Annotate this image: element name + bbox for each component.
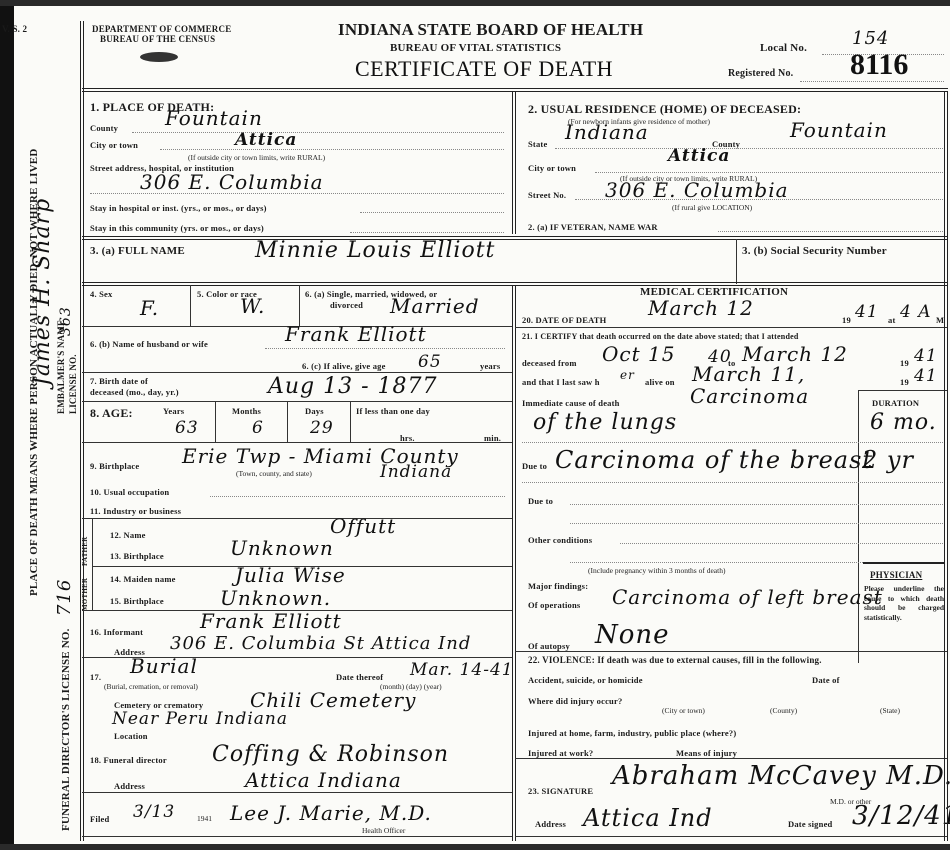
res-state-label: State: [528, 139, 547, 149]
certificate-title: CERTIFICATE OF DEATH: [355, 56, 613, 82]
other-conditions-label: Other conditions: [528, 535, 592, 545]
spouse-age-label: 6. (c) If alive, give age: [302, 361, 386, 371]
county-label: County: [90, 123, 118, 133]
state-note: (State): [880, 706, 900, 715]
race: W.: [240, 294, 265, 318]
due-to-label-2: Due to: [528, 496, 553, 506]
city-label: City or town: [90, 140, 138, 150]
health-officer-label: Health Officer: [362, 826, 405, 835]
age-years-label: Years: [163, 406, 184, 416]
less-day-label: If less than one day: [356, 406, 430, 416]
last-saw-year: 41: [914, 366, 938, 386]
age-days: 29: [310, 418, 334, 438]
scan-edge: [0, 6, 14, 844]
res-state: Indiana: [565, 120, 649, 144]
full-name: Minnie Louis Elliott: [255, 238, 495, 263]
injury-means-label: Means of injury: [676, 748, 737, 758]
bureau-title: BUREAU OF VITAL STATISTICS: [390, 42, 561, 54]
funeral-director-label: 18. Funeral director: [90, 755, 167, 765]
fd-license-label: FUNERAL DIRECTOR'S LICENSE NO.: [60, 628, 72, 831]
birthplace-label: 9. Birthplace: [90, 461, 139, 471]
res-street-label: Street No.: [528, 190, 566, 200]
age-years: 63: [175, 418, 199, 438]
autopsy-label: Of autopsy: [528, 641, 570, 651]
res-city: Attica: [668, 146, 730, 166]
father-birthplace-label: 13. Birthplace: [110, 551, 164, 561]
age-months: 6: [252, 418, 264, 438]
autopsy: None: [595, 620, 670, 650]
occupation-label: 10. Usual occupation: [90, 487, 169, 497]
birthplace-note: (Town, county, and state): [236, 469, 312, 478]
mother-birthplace-label: 15. Birthplace: [110, 596, 164, 606]
marital-status: Married: [390, 294, 480, 318]
immediate-cause-2: of the lungs: [533, 410, 677, 435]
from-date: Oct 15: [602, 342, 675, 366]
border-right: [944, 91, 948, 841]
form-code: V. S. 2: [2, 24, 27, 34]
age-days-label: Days: [305, 406, 324, 416]
informant-label: 16. Informant: [90, 627, 143, 637]
registered-no-label: Registered No.: [728, 68, 793, 79]
death-certificate: V. S. 2 PLACE OF DEATH MEANS WHERE PERSO…: [0, 6, 950, 844]
informant-address: 306 E. Columbia St Attica Ind: [170, 633, 471, 654]
signature-label: 23. SIGNATURE: [528, 786, 593, 796]
father-name-label: 12. Name: [110, 530, 146, 540]
funeral-director: Coffing & Robinson: [212, 742, 449, 767]
death-county: Fountain: [165, 106, 263, 130]
signature: Abraham McCavey M.D.: [612, 761, 950, 791]
mother-maiden: Julia Wise: [235, 563, 346, 587]
death-city: Attica: [235, 130, 297, 150]
disposition-method: Burial: [130, 654, 198, 678]
mother-maiden-label: 14. Maiden name: [110, 574, 176, 584]
pregnancy-note: (Include pregnancy within 3 months of de…: [588, 566, 725, 575]
city-note: (City or town): [662, 706, 705, 715]
last-saw-date: March 11,: [692, 362, 805, 386]
embalmer-license: 363: [58, 306, 74, 336]
border-left: [80, 21, 84, 841]
disposition-date-label: Date thereof: [336, 672, 383, 682]
signature-address-label: Address: [535, 819, 566, 829]
res-street-note: (If rural give LOCATION): [672, 203, 752, 212]
violence-type-label: Accident, suicide, or homicide: [528, 675, 643, 685]
injury-work-label: Injured at work?: [528, 748, 593, 758]
from-label: deceased from: [522, 358, 577, 368]
veteran-label: 2. (a) IF VETERAN, NAME WAR: [528, 222, 658, 232]
local-no-label: Local No.: [760, 42, 807, 54]
to-year: 41: [914, 346, 938, 366]
dept-line2: BUREAU OF THE CENSUS: [100, 34, 215, 44]
board-title: INDIANA STATE BOARD OF HEALTH: [338, 20, 643, 40]
birth-label-1: 7. Birth date of: [90, 376, 148, 386]
immediate-cause: Carcinoma: [690, 384, 809, 408]
where-injury-label: Where did injury occur?: [528, 696, 622, 706]
sex: F.: [140, 296, 159, 320]
sex-label: 4. Sex: [90, 289, 112, 299]
dod: March 12: [648, 296, 754, 320]
last-saw-year-prefix: 19: [900, 377, 909, 387]
major-findings-label: Major findings:: [528, 581, 588, 591]
stay-comm-label: Stay in this community (yrs. or mos., or…: [90, 223, 264, 233]
birth-label-2: deceased (mo., day, yr.): [90, 387, 179, 397]
duration-2: 2 yr: [862, 446, 914, 474]
residence-heading: 2. USUAL RESIDENCE (HOME) OF DECEASED:: [528, 102, 801, 117]
res-city-label: City or town: [528, 163, 576, 173]
to-year-prefix: 19: [900, 358, 909, 368]
father-name: Offutt: [330, 514, 396, 538]
embalmer-name: James H. Sharp: [30, 198, 55, 386]
res-county: Fountain: [790, 118, 888, 142]
injury-place-label: Injured at home, farm, industry, public …: [528, 728, 736, 738]
marital-label-2: divorced: [330, 300, 363, 310]
duration-label: DURATION: [872, 398, 919, 408]
death-street: 306 E. Columbia: [140, 170, 324, 194]
full-name-label: 3. (a) FULL NAME: [90, 245, 185, 257]
fd-address-label: Address: [114, 781, 145, 791]
violence-date-label: Date of: [812, 675, 840, 685]
date-signed: 3/12/41: [852, 801, 950, 831]
due-to-1: Carcinoma of the breast: [555, 446, 873, 474]
disposition-method-note: (Burial, cremation, or removal): [104, 682, 198, 691]
certify-text: 21. I CERTIFY that death occurred on the…: [522, 332, 799, 341]
dod-year: 41: [855, 302, 879, 322]
city-note: (If outside city or town limits, write R…: [188, 153, 325, 162]
last-saw-label: and that I last saw h: [522, 377, 600, 387]
last-saw-pronoun: er: [620, 368, 635, 382]
operations: Carcinoma of left breast: [612, 585, 883, 609]
operations-label: Of operations: [528, 600, 580, 610]
registered-no-value: 8116: [850, 48, 908, 82]
filed-label: Filed: [90, 814, 109, 824]
column-divider-top: [512, 91, 516, 234]
disposition-num: 17.: [90, 672, 101, 682]
spouse-label: 6. (b) Name of husband or wife: [90, 339, 208, 349]
spouse-age: 65: [418, 352, 442, 372]
duration-1: 6 mo.: [870, 410, 937, 435]
dod-label: 20. DATE OF DEATH: [522, 315, 606, 325]
father-birthplace: Unknown: [230, 536, 334, 560]
dod-time: 4 A: [900, 302, 932, 322]
location: Near Peru Indiana: [112, 709, 288, 729]
alive-label: alive on: [645, 377, 675, 387]
dod-at-label: at: [888, 315, 895, 325]
physician-heading: PHYSICIAN: [870, 570, 922, 580]
mother-birthplace: Unknown.: [220, 586, 331, 610]
father-tag: FATHER: [81, 537, 89, 566]
seal-icon: [140, 52, 178, 62]
local-no-value: 154: [852, 28, 889, 49]
ssn-label: 3. (b) Social Security Number: [742, 245, 887, 257]
dept-line1: DEPARTMENT OF COMMERCE: [92, 24, 231, 34]
age-months-label: Months: [232, 406, 261, 416]
birth-date: Aug 13 - 1877: [268, 374, 438, 399]
due-to-label-1: Due to: [522, 461, 547, 471]
filed-date: 3/13: [133, 802, 175, 822]
violence-heading: 22. VIOLENCE: If death was due to extern…: [528, 655, 822, 665]
health-officer: Lee J. Marie, M.D.: [230, 801, 432, 825]
filed-year: 1941: [197, 814, 212, 823]
embalmer-license-label: LICENSE NO.: [68, 354, 78, 414]
age-label: 8. AGE:: [90, 406, 133, 421]
signature-address: Attica Ind: [583, 804, 713, 832]
disposition-date: Mar. 14-41: [410, 660, 514, 680]
spouse-name: Frank Elliott: [285, 322, 427, 346]
mother-tag: MOTHER: [81, 578, 89, 611]
date-signed-label: Date signed: [788, 819, 832, 829]
years-label: years: [480, 361, 500, 371]
dod-m-label: M: [936, 315, 944, 325]
dod-year-prefix: 19: [842, 315, 851, 325]
fd-address: Attica Indiana: [245, 768, 402, 792]
birthplace-2: Indiana: [380, 462, 452, 482]
fd-license: 716: [54, 579, 75, 616]
immediate-label: Immediate cause of death: [522, 398, 620, 408]
industry-label: 11. Industry or business: [90, 506, 181, 516]
location-label: Location: [114, 731, 148, 741]
informant-name: Frank Elliott: [200, 609, 342, 633]
stay-hosp-label: Stay in hospital or inst. (yrs., or mos.…: [90, 203, 267, 213]
county-note: (County): [770, 706, 797, 715]
